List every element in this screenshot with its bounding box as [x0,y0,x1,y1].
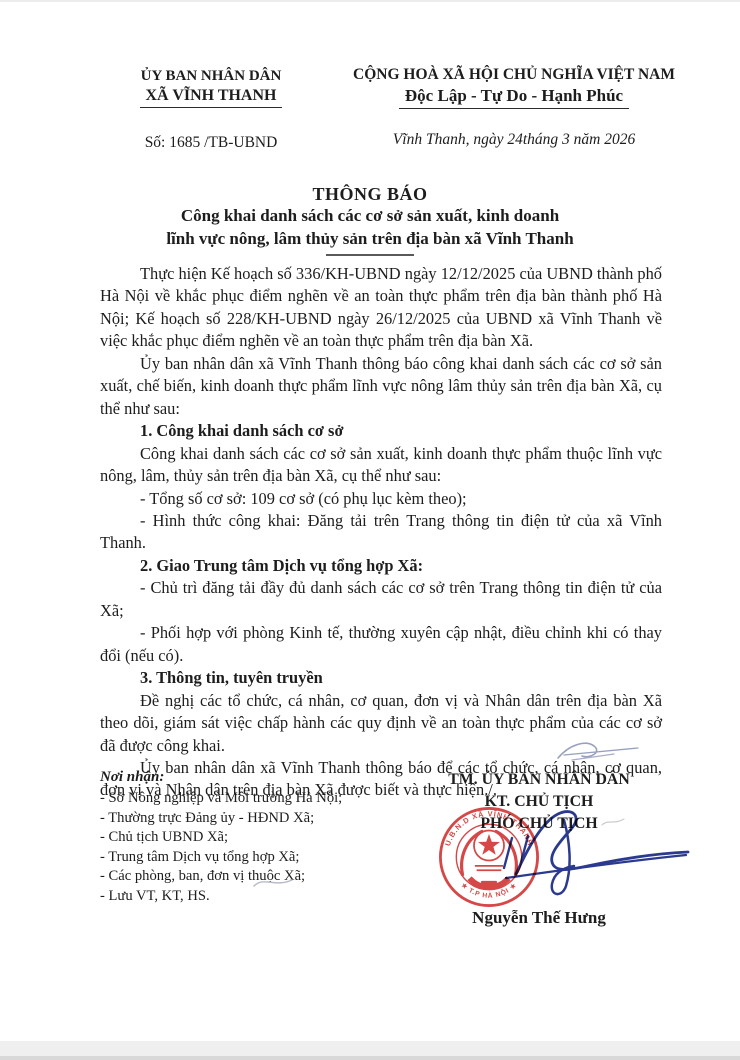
signer-name: Nguyễn Thế Hưng [393,908,685,928]
authority-parent: ỦY BAN NHÂN DÂN [88,68,334,85]
document-number: Số: 1685 /TB-UBND [88,134,334,152]
body-paragraph: 1. Công khai danh sách cơ sở [100,420,662,442]
recipient-item: - Sở Nông nghiệp và Môi trường Hà Nội; [100,789,370,809]
closing-paraph-mark [552,738,647,764]
title-subline-1: Công khai danh sách các cơ sở sản xuất, … [0,205,740,228]
recipients-label: Nơi nhận: [100,769,370,786]
recipient-item: - Lưu VT, KT, HS. [100,887,370,907]
handwritten-signature [498,808,693,903]
recipient-item: - Các phòng, ban, đơn vị thuộc Xã; [100,867,370,887]
scan-edge-top [0,0,740,2]
national-motto-block: CỘNG HOÀ XÃ HỘI CHỦ NGHĨA VIỆT NAM Độc L… [336,66,692,149]
recipient-item: - Chủ tịch UBND Xã; [100,828,370,848]
scan-edge-bottom [0,1041,740,1060]
body-paragraph: Thực hiện Kế hoạch số 336/KH-UBND ngày 1… [100,263,662,353]
national-title: CỘNG HOÀ XÃ HỘI CHỦ NGHĨA VIỆT NAM [336,66,692,84]
place-dateline: Vĩnh Thanh, ngày 24tháng 3 năm 2026 [336,131,692,149]
pencil-check-mark [250,872,296,892]
national-motto: Độc Lập - Tự Do - Hạnh Phúc [336,86,692,109]
issuing-authority-block: ỦY BAN NHÂN DÂN XÃ VĨNH THANH Số: 1685 /… [88,68,334,152]
body-paragraph: Công khai danh sách các cơ sở sản xuất, … [100,443,662,488]
body-paragraph: - Hình thức công khai: Đăng tải trên Tra… [100,510,662,555]
signing-authority: TM. ỦY BAN NHÂN DÂN [393,769,685,791]
title-subline-2: lĩnh vực nông, lâm thủy sản trên địa bàn… [0,228,740,251]
recipient-item: - Thường trực Đảng ủy - HĐND Xã; [100,809,370,829]
recipients-list: - Sở Nông nghiệp và Môi trường Hà Nội; -… [100,789,370,907]
body-paragraph: 3. Thông tin, tuyên truyền [100,667,662,689]
body-paragraph: 2. Giao Trung tâm Dịch vụ tổng hợp Xã: [100,555,662,577]
document-page: ỦY BAN NHÂN DÂN XÃ VĨNH THANH Số: 1685 /… [0,0,740,1060]
body-paragraph: Ủy ban nhân dân xã Vĩnh Thanh thông báo … [100,353,662,420]
recipients-block: Nơi nhận: - Sở Nông nghiệp và Môi trường… [100,769,370,907]
title-heading: THÔNG BÁO [0,184,740,205]
title-underline [326,254,414,256]
document-title: THÔNG BÁO Công khai danh sách các cơ sở … [0,184,740,256]
body-paragraph: - Tổng số cơ sở: 109 cơ sở (có phụ lục k… [100,488,662,510]
body-paragraph: - Phối hợp với phòng Kinh tế, thường xuy… [100,622,662,667]
body-paragraph: - Chủ trì đăng tải đầy đủ danh sách các … [100,577,662,622]
document-body: Thực hiện Kế hoạch số 336/KH-UBND ngày 1… [100,263,662,802]
recipient-item: - Trung tâm Dịch vụ tổng hợp Xã; [100,848,370,868]
authority-name: XÃ VĨNH THANH [88,87,334,108]
